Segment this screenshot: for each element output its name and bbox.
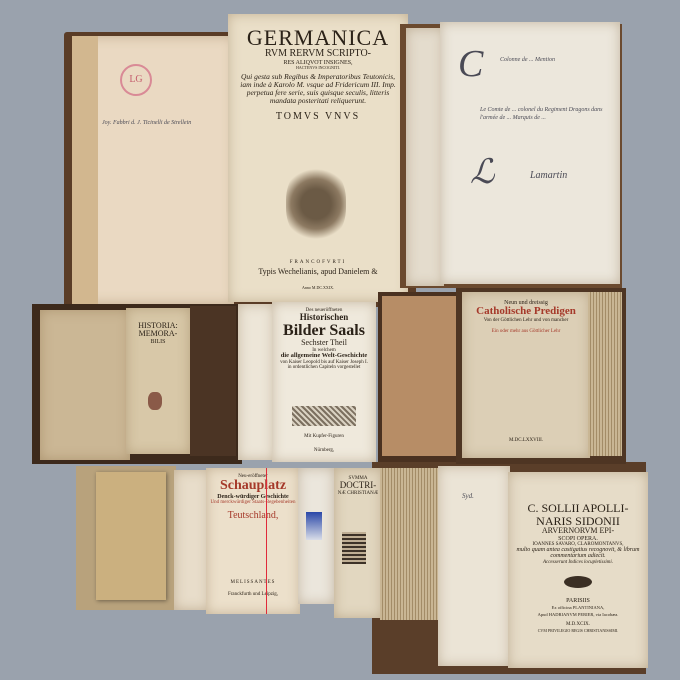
schauplatz-country: Teutschland, — [206, 511, 300, 522]
schauplatz-flyleaf — [174, 470, 210, 610]
sidonii-index: Accesserunt Indices locupletissimi. — [508, 560, 648, 565]
manuscript-heading: Colonne de ... Mention — [500, 57, 555, 63]
flyleaf-note: Syd. — [462, 492, 474, 500]
germanica-printer: Typis Wechelianis, apud Danielem & — [228, 268, 408, 276]
predigten-line4: Ein oder mehr aus Göttlicher Lehr — [462, 329, 590, 334]
bilder-body2: die allgemeine Welt-Geschichte — [272, 353, 376, 360]
germanica-place: FRANCOFVRTI — [228, 260, 408, 265]
sidonii-privilege: CVM PRIVILEGIO REGIS CHRISTIANISSIMI. — [508, 629, 648, 633]
predigten-title-page: Neun und dreissig Catholische Predigen V… — [462, 292, 590, 458]
predigten-date: M.DC.LXXVIII. — [462, 438, 590, 443]
flyleaf-stain — [72, 36, 98, 304]
doctrina-flyleaf — [298, 468, 334, 604]
sidonii-body: multo quam antea castigatius recognovit,… — [508, 547, 648, 560]
small-vellum-book — [96, 472, 166, 600]
historia-pastedown — [40, 310, 130, 460]
sidonii-printer: Apud HADRIANVM PERIER, via Iacobæa. — [508, 613, 648, 618]
red-string-bookmark — [266, 468, 267, 614]
bilder-plates: Mit Kupfer-Figuren — [272, 434, 376, 439]
sidonii-date: M.D.XCIX. — [508, 622, 648, 627]
predigten-line3: Von der Göttlichen Lehr und von mancher — [462, 318, 590, 323]
doctrina-line3: NÆ CHRISTIANÆ — [334, 491, 382, 496]
blue-ornament — [306, 512, 322, 540]
sidonii-place: PARISIIS — [508, 598, 648, 604]
sidonii-title-page: C. SOLLII APOLLI- NARIS SIDONII ARVERNOR… — [508, 472, 648, 668]
historia-title: HISTORIA: MEMORA- — [126, 322, 190, 339]
printers-device-icon — [286, 164, 346, 244]
sidonii-title1: C. SOLLII APOLLI- — [508, 502, 648, 515]
manuscript-text: Le Comte de ... colonel du Regiment Drag… — [480, 106, 610, 123]
lg-stamp: LG — [120, 64, 152, 96]
germanica-title: GERMANICA — [228, 26, 408, 49]
woodcut-icon — [342, 532, 366, 564]
bilder-body4: in ordentlichen Capiteln vorgestellet — [272, 365, 376, 370]
calligraphic-flourish: ℒ — [470, 152, 495, 192]
sidonii-officina: Ex officina PLANTINIANA, — [508, 606, 648, 611]
vignette-engraving-icon — [292, 406, 356, 426]
germanica-body: Qui gesta sub Regibus & Imperatoribus Te… — [228, 70, 408, 108]
calligraphic-initial: C — [458, 42, 483, 86]
blank-board-pastedown — [382, 296, 458, 456]
schauplatz-author: MELISSANTES — [206, 580, 300, 585]
sidonii-title3: ARVERNORVM EPI- — [508, 527, 648, 535]
germanica-volume: TOMVS VNVS — [228, 112, 408, 123]
bilder-title: Bilder Saals — [272, 323, 376, 340]
germanica-flyleaf: LG Joy. Fabbri d. J. Ticinelli de Strell… — [72, 36, 234, 304]
doctrina-page-edges — [380, 468, 438, 620]
germanica-title-page: GERMANICA RVM RERVM SCRIPTO- RES ALIQVOT… — [228, 14, 408, 302]
historia-subtitle: BILIS — [126, 339, 190, 345]
bilder-title-page: Des neueröffneten Historischen Bilder Sa… — [272, 302, 376, 462]
schauplatz-body: Und merckwürdiger Staats-Begebenheiten — [206, 500, 300, 505]
doctrina-title: DOCTRI- — [334, 481, 382, 490]
doctrina-title-page: SVMMA DOCTRI- NÆ CHRISTIANÆ — [334, 468, 382, 618]
schauplatz-title-page: Neu-eröffneter Schauplatz Denck-würdiger… — [206, 468, 300, 614]
printers-mark-icon — [148, 392, 162, 410]
fleuron-ornament-icon — [564, 576, 592, 588]
germanica-date: Anno M.DC.XXIX. — [228, 286, 408, 290]
manuscript-page: C Colonne de ... Mention Le Comte de ...… — [440, 22, 620, 284]
schauplatz-place: Franckfurth und Leipzig, — [206, 592, 300, 597]
bilder-volume: Sechster Theil — [272, 339, 376, 347]
predigten-page-edges — [588, 292, 622, 456]
bilder-flyleaf — [238, 304, 274, 460]
manuscript-flyleaf — [406, 28, 444, 286]
historia-title-page: HISTORIA: MEMORA- BILIS — [126, 308, 190, 454]
predigten-title: Catholische Predigen — [462, 306, 590, 318]
sidonii-flyleaf: Syd. — [438, 466, 510, 666]
manuscript-signature: Lamartin — [530, 170, 567, 181]
historia-page-edges — [190, 306, 236, 456]
margin-note: Joy. Fabbri d. J. Ticinelli de Strellein — [102, 120, 232, 126]
bilder-place: Nürnberg, — [272, 448, 376, 453]
schauplatz-title: Schauplatz — [206, 479, 300, 494]
germanica-line2: RVM RERVM SCRIPTO- — [228, 49, 408, 60]
